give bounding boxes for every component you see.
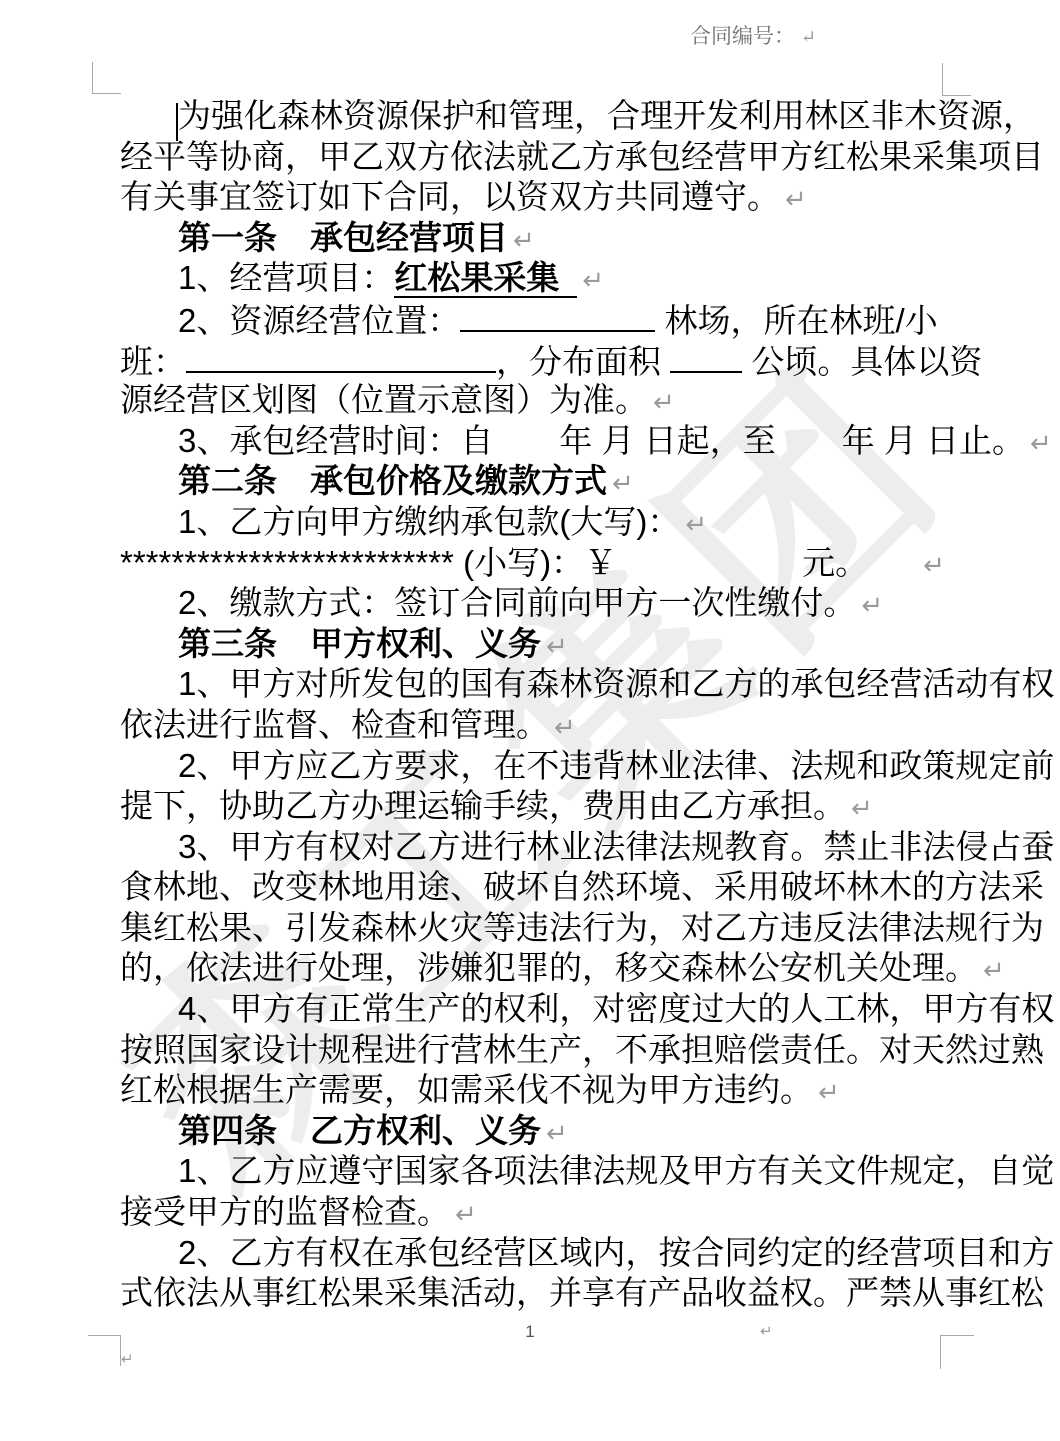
document-line: 班：，分布面积 公顷。具体以资 [120,340,950,381]
paragraph-mark-icon: ↵ [685,509,707,539]
paragraph-mark-icon: ↵ [923,550,945,580]
paragraph-mark-icon: ↵ [582,265,604,295]
body-text: 的，依法进行处理，涉嫌犯罪的，移交森林公安机关处理。 [120,949,978,986]
document-line: 提下，协助乙方办理运输手续，费用由乙方承担。↵ [120,786,950,827]
body-text: 经平等协商，甲乙双方依法就乙方承包经营甲方红松果采集项目 [120,138,1044,175]
paragraph-mark-icon: ↵ [612,468,634,498]
document-line: 1、乙方应遵守国家各项法律法规及甲方有关文件规定，自觉 [120,1151,950,1192]
clause-heading: 第三条 甲方权利、义务 [178,625,541,662]
blank-underline-field [186,340,496,373]
margin-corner-mark-top-right [942,63,971,96]
body-text: ************************** [120,544,454,581]
project-name-underlined: 红松果采集 [394,259,577,298]
word-document-page: 森工集团 合同编号：↵ 为强化森林资源保护和管理，合理开发利用林区非木资源， 经… [0,0,1060,1441]
paragraph-mark-icon: ↵ [983,955,1005,985]
document-line: 集红松果、引发森林火灾等违法行为，对乙方违反法律法规行为 [120,908,950,949]
body-text: 按照国家设计规程进行营林生产，不承担赔偿责任。对天然过熟 [120,1031,1044,1068]
body-text: 1、乙方应遵守国家各项法律法规及甲方有关文件规定，自觉 [178,1152,1054,1189]
clause-heading: 第一条 承包经营项目 [178,219,508,256]
document-line: 的，依法进行处理，涉嫌犯罪的，移交森林公安机关处理。↵ [120,948,950,989]
body-text: 为强化森林资源保护和管理，合理开发利用林区非木资源， [178,97,1036,134]
body-text: 2、缴款方式：签订合同前向甲方一次性缴付。 [178,584,856,621]
paragraph-mark-icon: ↵ [455,1199,477,1229]
body-text: 式依法从事红松果采集活动，并享有产品收益权。严禁从事红松 [120,1274,1044,1311]
body-text: 公顷。具体以资 [742,343,982,380]
body-text: (小写)：￥ [454,544,617,581]
document-text-area[interactable]: 为强化森林资源保护和管理，合理开发利用林区非木资源， 经平等协商，甲乙双方依法就… [120,96,950,1314]
document-line: 4、甲方有正常生产的权利，对密度过大的人工林，甲方有权 [120,989,950,1030]
document-line: 红松根据生产需要，如需采伐不视为甲方违约。↵ [120,1070,950,1111]
body-text: 2、甲方应乙方要求，在不违背林业法律、法规和政策规定前 [178,747,1054,784]
document-line: 式依法从事红松果采集活动，并享有产品收益权。严禁从事红松 [120,1273,950,1314]
body-text: 1、乙方向甲方缴纳承包款(大写)： [178,503,680,540]
body-text: 元。 [802,544,868,581]
body-text: 依法进行监督、检查和管理。 [120,706,549,743]
header-contract-number: 合同编号：↵ [690,20,816,50]
document-line: 2、乙方有权在承包经营区域内，按合同约定的经营项目和方 [120,1233,950,1274]
document-line-heading: 第三条 甲方权利、义务↵ [120,624,950,665]
body-text: 源经营区划图（位置示意图）为准。 [120,381,648,418]
paragraph-mark-icon: ↵ [760,1322,773,1340]
document-line: 有关事宜签订如下合同，以资双方共同遵守。↵ [120,177,950,218]
document-line: 源经营区划图（位置示意图）为准。↵ [120,380,950,421]
document-line: 按照国家设计规程进行营林生产，不承担赔偿责任。对天然过熟 [120,1030,950,1071]
body-text: 3、承包经营时间：自 年 月 日起，至 年 月 日止。 [178,422,1025,459]
blank-underline-field [670,340,742,373]
document-line: 经平等协商，甲乙双方依法就乙方承包经营甲方红松果采集项目 [120,137,950,178]
clause-heading: 第四条 乙方权利、义务 [178,1112,541,1149]
document-line-heading: 第四条 乙方权利、义务↵ [120,1111,950,1152]
document-line: 2、缴款方式：签订合同前向甲方一次性缴付。↵ [120,583,950,624]
body-text: ，分布面积 [496,343,670,380]
document-line: 1、经营项目：红松果采集↵ [120,258,950,299]
blank-underline-field [460,299,655,332]
body-text: 1、经营项目： [178,259,394,296]
paragraph-mark-icon: ↵ [861,590,883,620]
paragraph-mark-icon: ↵ [554,712,576,742]
clause-heading: 第二条 承包价格及缴款方式 [178,462,607,499]
paragraph-mark-icon: ↵ [546,631,568,661]
body-text: 2、资源经营位置： [178,302,460,339]
document-line: 1、甲方对所发包的国有森林资源和乙方的承包经营活动有权 [120,664,950,705]
body-text: 林场，所在林班/小 [655,302,937,339]
paragraph-mark-icon: ↵ [121,1350,134,1368]
margin-corner-mark-top-left [92,62,121,94]
document-line: 食林地、改变林地用途、破坏自然环境、采用破坏林木的方法采 [120,867,950,908]
document-line: 3、承包经营时间：自 年 月 日起，至 年 月 日止。↵ [120,421,950,462]
document-line: ************************** (小写)：￥元。↵ [120,543,950,584]
body-text: 1、甲方对所发包的国有森林资源和乙方的承包经营活动有权 [178,665,1054,702]
body-text: 红松根据生产需要，如需采伐不视为甲方违约。 [120,1071,813,1108]
paragraph-mark-icon: ↵ [801,27,816,47]
document-line: 2、甲方应乙方要求，在不违背林业法律、法规和政策规定前 [120,746,950,787]
paragraph-mark-icon: ↵ [851,793,873,823]
paragraph-mark-icon: ↵ [546,1118,568,1148]
body-text: 食林地、改变林地用途、破坏自然环境、采用破坏林木的方法采 [120,868,1044,905]
body-text: 集红松果、引发森林火灾等违法行为，对乙方违反法律法规行为 [120,909,1044,946]
body-text: 提下，协助乙方办理运输手续，费用由乙方承担。 [120,787,846,824]
body-text: 接受甲方的监督检查。 [120,1193,450,1230]
body-text: 2、乙方有权在承包经营区域内，按合同约定的经营项目和方 [178,1234,1054,1271]
document-line: 为强化森林资源保护和管理，合理开发利用林区非木资源， [120,96,950,137]
text-cursor [176,103,178,141]
paragraph-mark-icon: ↵ [1030,428,1052,458]
document-line: 依法进行监督、检查和管理。↵ [120,705,950,746]
paragraph-mark-icon: ↵ [513,225,535,255]
document-line-heading: 第一条 承包经营项目↵ [120,218,950,259]
contract-number-label: 合同编号： [690,24,795,48]
document-line: 2、资源经营位置： 林场，所在林班/小 [120,299,950,340]
body-text: 有关事宜签订如下合同，以资双方共同遵守。 [120,178,780,215]
document-line-heading: 第二条 承包价格及缴款方式↵ [120,461,950,502]
document-line: 3、甲方有权对乙方进行林业法律法规教育。禁止非法侵占蚕 [120,827,950,868]
paragraph-mark-icon: ↵ [653,387,675,417]
body-text: 班： [120,343,186,380]
paragraph-mark-icon: ↵ [785,184,807,214]
footer-page-number: 1 [0,1322,1060,1342]
body-text: 3、甲方有权对乙方进行林业法律法规教育。禁止非法侵占蚕 [178,828,1054,865]
paragraph-mark-icon: ↵ [818,1077,840,1107]
document-line: 1、乙方向甲方缴纳承包款(大写)：↵ [120,502,950,543]
body-text: 4、甲方有正常生产的权利，对密度过大的人工林，甲方有权 [178,990,1054,1027]
document-line: 接受甲方的监督检查。↵ [120,1192,950,1233]
